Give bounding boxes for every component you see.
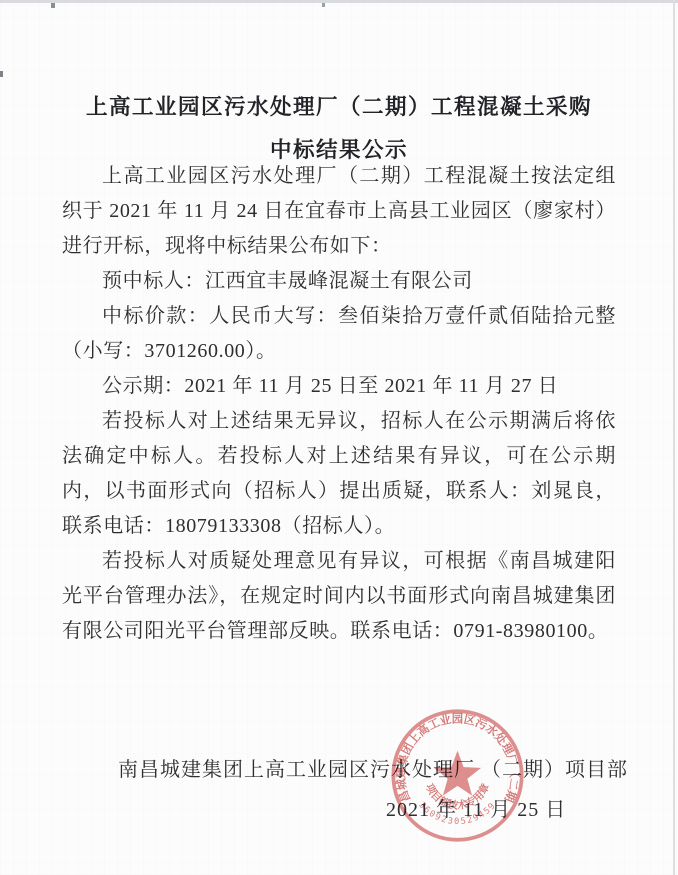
document-title-line1: 上高工业园区污水处理厂（二期）工程混凝土采购 (0, 86, 678, 129)
scan-edge-top (0, 0, 678, 3)
paragraph-opening: 上高工业园区污水处理厂（二期）工程混凝土按法定组织于 2021 年 11 月 2… (62, 159, 616, 264)
scanned-document-page: 上高工业园区污水处理厂（二期）工程混凝土采购 中标结果公示 上高工业园区污水处理… (0, 0, 678, 875)
scan-artifact-notch (51, 3, 55, 8)
scan-artifact-mark (0, 71, 3, 77)
paragraph-winner: 预中标人：江西宜丰晟峰混凝土有限公司 (62, 264, 616, 299)
seal-ring-text: 南昌城建集团上高工业园区污水处理厂（二期） (385, 703, 521, 805)
official-red-seal: 南昌城建集团上高工业园区污水处理厂（二期） 项目部技术专用章 360923052… (385, 703, 530, 848)
paragraph-appeal: 若投标人对质疑处理意见有异议，可根据《南昌城建阳光平台管理办法》，在规定时间内以… (62, 544, 616, 649)
document-body: 上高工业园区污水处理厂（二期）工程混凝土按法定组织于 2021 年 11 月 2… (62, 159, 616, 649)
star-icon (434, 751, 481, 796)
scan-artifact-notch (322, 3, 325, 7)
paragraph-price: 中标价款：人民币大写：叁佰柒拾万壹仟贰佰陆拾元整（小写：3701260.00）。 (62, 299, 616, 369)
paragraph-publicity-period: 公示期：2021 年 11 月 25 日至 2021 年 11 月 27 日 (62, 369, 616, 404)
paragraph-objection: 若投标人对上述结果无异议，招标人在公示期满后将依法确定中标人。若投标人对上述结果… (62, 404, 616, 544)
signature-line: 南昌城建集团上高工业园区污水处理厂 （二期）项目部 (118, 753, 628, 782)
